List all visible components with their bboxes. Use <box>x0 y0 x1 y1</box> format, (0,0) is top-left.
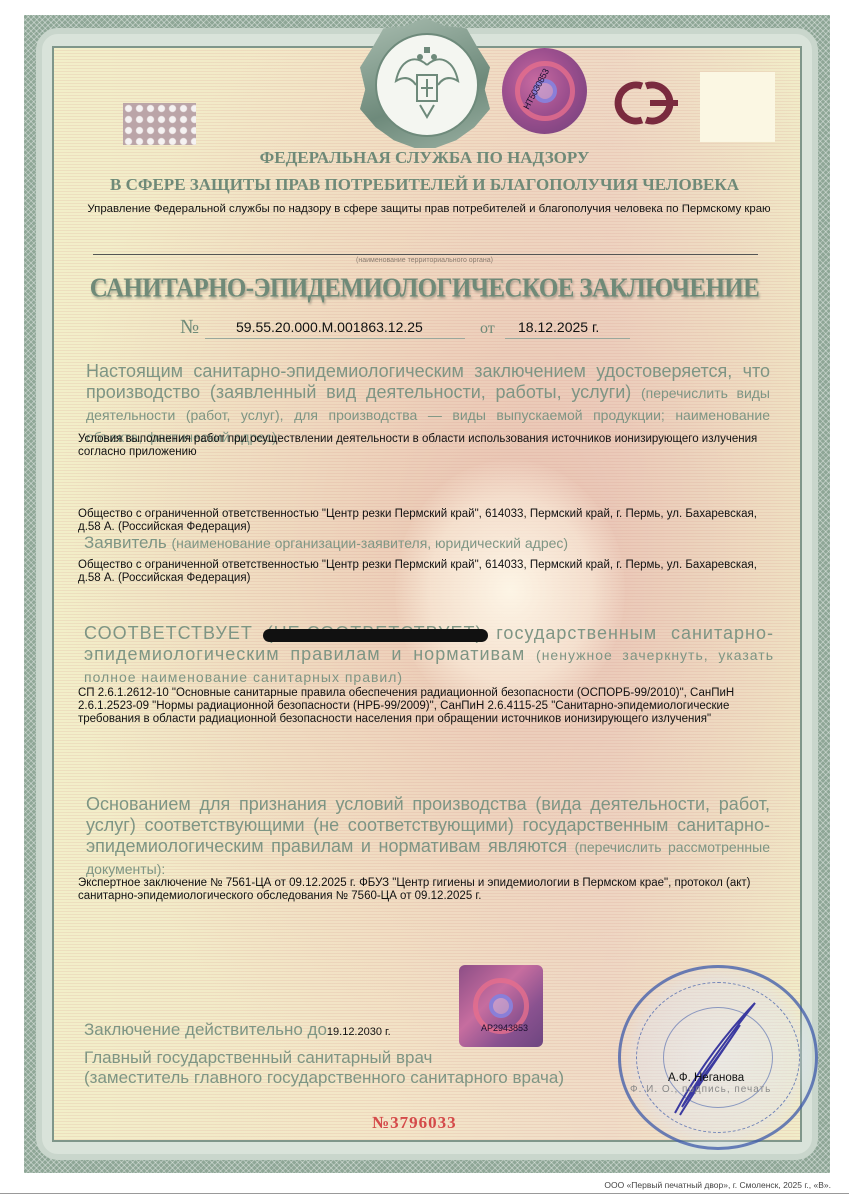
signer-name: А.Ф. Неганова <box>668 1072 744 1084</box>
agency-title-line1: ФЕДЕРАЛЬНАЯ СЛУЖБА ПО НАДЗОРУ <box>0 148 849 168</box>
issue-date: 18.12.2025 г. <box>518 319 599 335</box>
blank-security-field <box>700 72 775 142</box>
agency-title-line2: В СФЕРЕ ЗАЩИТЫ ПРАВ ПОТРЕБИТЕЛЕЙ И БЛАГО… <box>0 175 849 195</box>
compliance-status: СООТВЕТСТВУЕТ <box>84 623 253 643</box>
round-hologram: НТ5030853 <box>502 48 587 134</box>
object-address: Общество с ограниченной ответственностью… <box>78 508 758 534</box>
date-from-label: от <box>480 320 495 338</box>
hologram-serial: АР2943853 <box>481 1023 528 1033</box>
basis-documents: Экспертное заключение № 7561-ЦА от 09.12… <box>78 877 758 903</box>
department-caption: (наименование территориального органа) <box>0 257 849 264</box>
scan-edge-line <box>0 1193 849 1194</box>
applicant-label: Заявитель (наименование организации-заяв… <box>84 533 568 553</box>
document-title: САНИТАРНО-ЭПИДЕМИОЛОГИЧЕСКОЕ ЗАКЛЮЧЕНИЕ <box>0 274 849 304</box>
document-number-row: № 59.55.20.000.М.001863.12.25 от 18.12.2… <box>0 316 849 342</box>
basis-statement: Основанием для признания условий произво… <box>86 794 770 880</box>
signature-caption: Ф. И. О., подпись, печать <box>630 1084 771 1095</box>
sanitary-rules-list: СП 2.6.1.2612-10 "Основные санитарные пр… <box>78 687 758 726</box>
eagle-emblem-icon <box>375 33 479 137</box>
compliance-statement: СООТВЕТСТВУЕТ (НЕ СООТВЕТСТВУЕТ) государ… <box>84 623 774 688</box>
square-hologram: АР2943853 <box>459 965 543 1047</box>
valid-until-date: 19.12.2030 г. <box>327 1026 391 1038</box>
marker-strikeout <box>263 629 489 642</box>
department-underline <box>93 254 758 255</box>
form-serial-number: №3796033 <box>372 1113 457 1133</box>
printer-imprint: ООО «Первый печатный двор», г. Смоленск,… <box>604 1180 831 1190</box>
territorial-department: Управление Федеральной службы по надзору… <box>84 203 774 216</box>
number-sign: № <box>180 316 199 339</box>
activity-description: Условия выполнения работ при осуществлен… <box>78 433 758 459</box>
struck-out-option: (НЕ СООТВЕТСТВУЕТ) <box>267 623 483 644</box>
signatory-title: Главный государственный санитарный врач … <box>84 1048 564 1088</box>
document-number: 59.55.20.000.М.001863.12.25 <box>236 319 423 335</box>
validity-line: Заключение действительно до19.12.2030 г. <box>84 1020 391 1040</box>
se-logo-icon <box>612 78 684 128</box>
applicant-value: Общество с ограниченной ответственностью… <box>78 559 758 585</box>
signature-icon <box>660 995 770 1120</box>
security-pattern-patch <box>123 103 196 145</box>
